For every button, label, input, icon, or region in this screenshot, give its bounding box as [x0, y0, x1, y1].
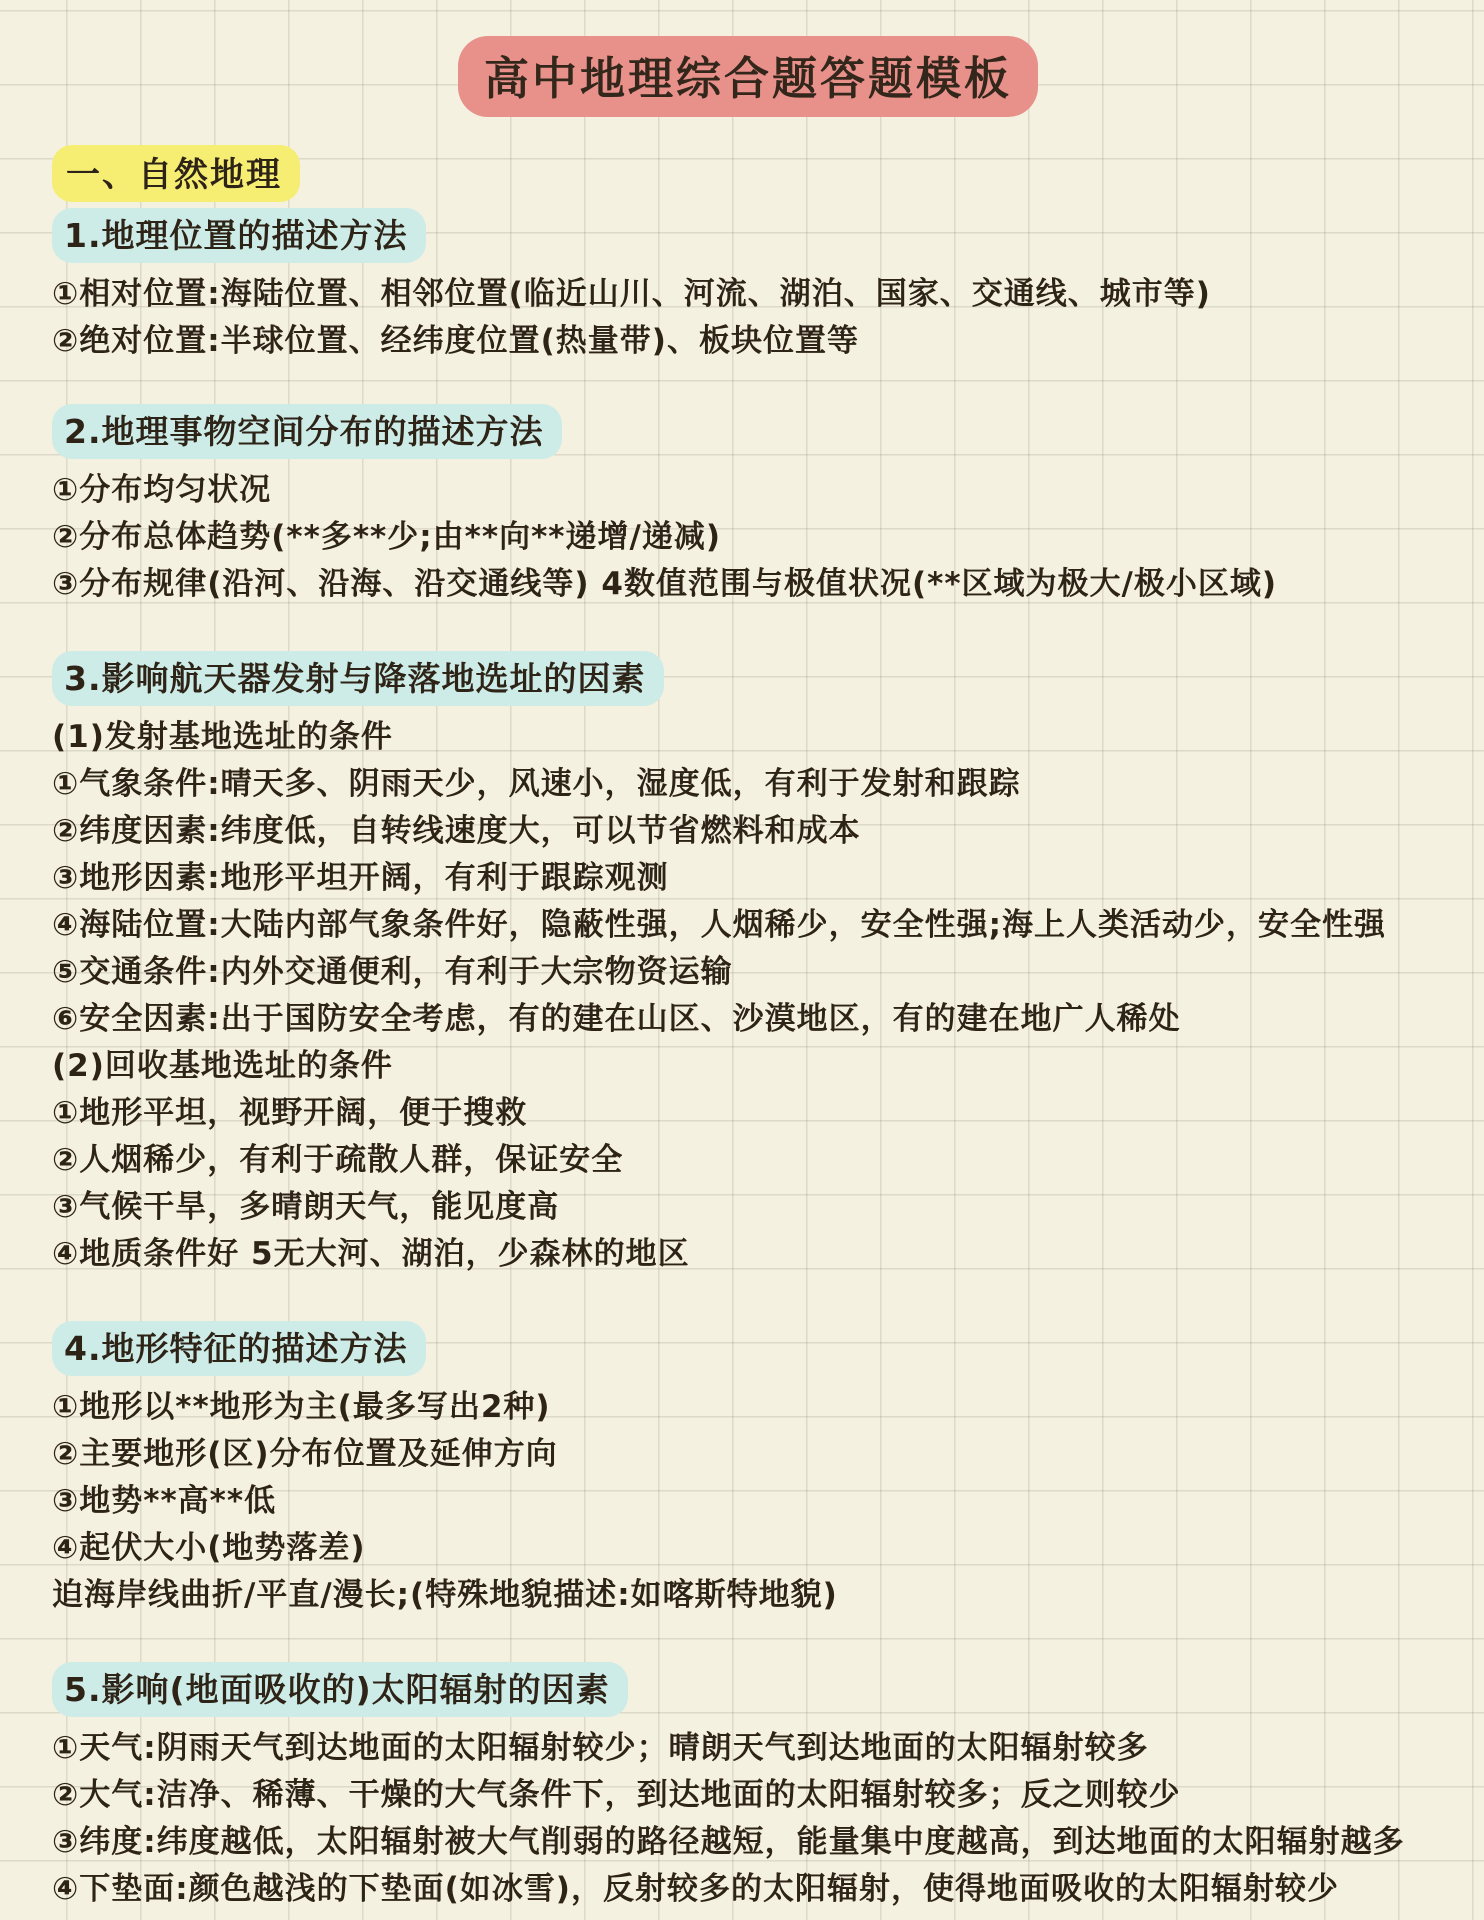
note-line: ①分布均匀状况: [52, 467, 1444, 513]
note-line: ②人烟稀少，有利于疏散人群，保证安全: [52, 1137, 1444, 1183]
section-1: 1.地理位置的描述方法 ①相对位置:海陆位置、相邻位置(临近山川、河流、湖泊、国…: [52, 208, 1444, 364]
note-line: ②绝对位置:半球位置、经纬度位置(热量带)、板块位置等: [52, 318, 1444, 364]
note-line: ⑤交通条件:内外交通便利，有利于大宗物资运输: [52, 949, 1444, 995]
section-2: 2.地理事物空间分布的描述方法 ①分布均匀状况②分布总体趋势(**多**少;由*…: [52, 404, 1444, 607]
note-line: ③地势**高**低: [52, 1478, 1444, 1524]
note-line: ①相对位置:海陆位置、相邻位置(临近山川、河流、湖泊、国家、交通线、城市等): [52, 271, 1444, 317]
section-4: 4.地形特征的描述方法 ①地形以**地形为主(最多写出2种)②主要地形(区)分布…: [52, 1321, 1444, 1618]
section-3-lines: (1)发射基地选址的条件①气象条件:晴天多、阴雨天少，风速小，湿度低，有利于发射…: [52, 714, 1444, 1277]
note-line: ④地质条件好 5无大河、湖泊，少森林的地区: [52, 1231, 1444, 1277]
note-line: ⑥安全因素:出于国防安全考虑，有的建在山区、沙漠地区，有的建在地广人稀处: [52, 996, 1444, 1042]
note-line: ③分布规律(沿河、沿海、沿交通线等) 4数值范围与极值状况(**区域为极大/极小…: [52, 561, 1444, 607]
note-line: ②主要地形(区)分布位置及延伸方向: [52, 1431, 1444, 1477]
note-line: ③气候干旱，多晴朗天气，能见度高: [52, 1184, 1444, 1230]
section-2-lines: ①分布均匀状况②分布总体趋势(**多**少;由**向**递增/递减)③分布规律(…: [52, 467, 1444, 607]
section-3: 3.影响航天器发射与降落地选址的因素 (1)发射基地选址的条件①气象条件:晴天多…: [52, 651, 1444, 1277]
section-5-heading: 5.影响(地面吸收的)太阳辐射的因素: [52, 1662, 628, 1717]
section-1-heading: 1.地理位置的描述方法: [52, 208, 426, 263]
section-1-lines: ①相对位置:海陆位置、相邻位置(临近山川、河流、湖泊、国家、交通线、城市等)②绝…: [52, 271, 1444, 364]
page-title: 高中地理综合题答题模板: [458, 36, 1038, 117]
title-row: 高中地理综合题答题模板: [52, 36, 1444, 117]
note-line: 迫海岸线曲折/平直/漫长;(特殊地貌描述:如喀斯特地貌): [52, 1572, 1444, 1618]
part-heading: 一、自然地理: [52, 145, 300, 202]
note-line: ②大气:洁净、稀薄、干燥的大气条件下，到达地面的太阳辐射较多；反之则较少: [52, 1772, 1444, 1818]
note-line: ③地形因素:地形平坦开阔，有利于跟踪观测: [52, 855, 1444, 901]
note-line: ②分布总体趋势(**多**少;由**向**递增/递减): [52, 514, 1444, 560]
section-3-heading: 3.影响航天器发射与降落地选址的因素: [52, 651, 664, 706]
section-2-heading: 2.地理事物空间分布的描述方法: [52, 404, 562, 459]
note-line: (2)回收基地选址的条件: [52, 1043, 1444, 1089]
section-4-lines: ①地形以**地形为主(最多写出2种)②主要地形(区)分布位置及延伸方向③地势**…: [52, 1384, 1444, 1618]
note-line: ①气象条件:晴天多、阴雨天少，风速小，湿度低，有利于发射和跟踪: [52, 761, 1444, 807]
note-line: ④海陆位置:大陆内部气象条件好，隐蔽性强，人烟稀少，安全性强;海上人类活动少，安…: [52, 902, 1444, 948]
note-line: ①地形以**地形为主(最多写出2种): [52, 1384, 1444, 1430]
notes-page: 高中地理综合题答题模板 一、自然地理 1.地理位置的描述方法 ①相对位置:海陆位…: [0, 0, 1484, 1920]
section-5-lines: ①天气:阴雨天气到达地面的太阳辐射较少；晴朗天气到达地面的太阳辐射较多②大气:洁…: [52, 1725, 1444, 1912]
note-line: ④起伏大小(地势落差): [52, 1525, 1444, 1571]
part-heading-row: 一、自然地理: [52, 145, 1444, 208]
note-line: ④下垫面:颜色越浅的下垫面(如冰雪)，反射较多的太阳辐射，使得地面吸收的太阳辐射…: [52, 1866, 1444, 1912]
note-line: ③纬度:纬度越低，太阳辐射被大气削弱的路径越短，能量集中度越高，到达地面的太阳辐…: [52, 1819, 1444, 1865]
section-5: 5.影响(地面吸收的)太阳辐射的因素 ①天气:阴雨天气到达地面的太阳辐射较少；晴…: [52, 1662, 1444, 1912]
note-line: ②纬度因素:纬度低，自转线速度大，可以节省燃料和成本: [52, 808, 1444, 854]
section-4-heading: 4.地形特征的描述方法: [52, 1321, 426, 1376]
note-line: ①天气:阴雨天气到达地面的太阳辐射较少；晴朗天气到达地面的太阳辐射较多: [52, 1725, 1444, 1771]
note-line: ①地形平坦，视野开阔，便于搜救: [52, 1090, 1444, 1136]
note-line: (1)发射基地选址的条件: [52, 714, 1444, 760]
